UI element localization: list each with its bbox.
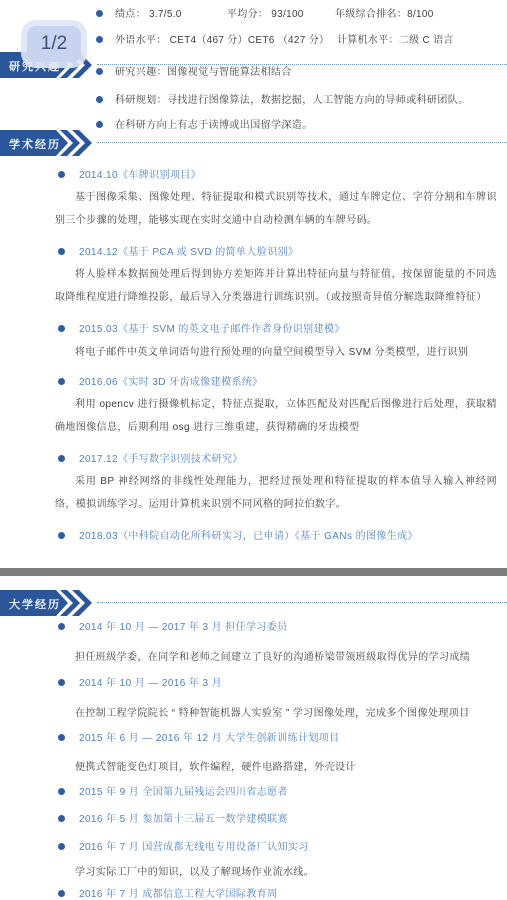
- entry-body: 在控制工程学院院长 “ 特种智能机器人实验室 ” 学习图像处理，完成多个图像处理…: [55, 702, 497, 725]
- entry-heading: 2014 年 10 月 — 2016 年 3 月: [79, 674, 222, 689]
- entry-heading: 2016 年 5 月 参加第十三届五一数学建模联赛: [79, 810, 288, 825]
- entry-heading-row: 2014.12《基于 PCA 或 SVD 的简单人脸识别》: [0, 243, 497, 261]
- bullet-icon: [58, 623, 65, 630]
- bullet-icon: [58, 843, 65, 850]
- bullet-icon: [58, 378, 65, 385]
- page-indicator-text: 1/2: [41, 33, 67, 55]
- entry-heading: 2018.03（中科院自动化所科研实习，已申请）《基于 GANs 的图像生成》: [79, 527, 418, 542]
- entry-heading: 2016 年 7 月 成都信息工程大学国际教育周: [79, 885, 278, 900]
- section-title-academic: 学术经历: [9, 136, 61, 152]
- language-level-text: 外语水平： CET4（467 分）CET6 （427 分）: [115, 31, 329, 46]
- bullet-icon: [96, 68, 103, 75]
- list-item: 研究兴趣：图像视觉与智能算法相结合: [0, 63, 497, 81]
- entry-heading: 2015 年 9 月 全国第九届残运会四川省志愿者: [79, 783, 288, 798]
- research-item-text: 科研规划：寻找进行图像算法，数据挖掘，人工智能方向的导师或科研团队。: [115, 91, 469, 106]
- entry-heading: 2015.03《基于 SVM 的英文电子邮件作者身份识别建模》: [79, 320, 345, 335]
- page-separator: [0, 568, 507, 576]
- bullet-icon: [58, 248, 65, 255]
- entry-heading-row: 2015 年 6 月 — 2016 年 12 月 大学生创新训练计划项目: [0, 729, 497, 747]
- entry-body: 学习实际工厂中的知识，以及了解现场作业流水线。: [55, 861, 497, 884]
- entry-heading-row: 2018.03（中科院自动化所科研实习，已申请）《基于 GANs 的图像生成》: [0, 527, 497, 545]
- entry-body: 利用 opencv 进行摄像机标定，特征点提取，立体匹配及对匹配后图像进行后处理…: [55, 393, 497, 439]
- entry-heading: 2017.12《手写数字识别技术研究》: [79, 450, 243, 465]
- research-item-text: 研究兴趣：图像视觉与智能算法相结合: [115, 63, 292, 78]
- entry-heading-row: 2016.06《实时 3D 牙齿成像建模系统》: [0, 373, 497, 391]
- entry-body: 便携式智能变色灯项目，软件编程，硬件电路搭建，外壳设计: [55, 756, 497, 779]
- bullet-icon: [58, 679, 65, 686]
- resume-document-page: 绩点： 3.7/5.0 平均分： 93/100 年级综合排名：8/100 外语水…: [0, 0, 507, 900]
- entry-heading: 2016 年 7 月 国营成都无线电专用设备厂认知实习: [79, 838, 309, 853]
- average-score-text: 平均分： 93/100: [227, 5, 304, 20]
- entry-heading: 2014 年 10 月 — 2017 年 3 月 担任学习委员: [79, 618, 288, 633]
- entry-heading-row: 2016 年 7 月 成都信息工程大学国际教育周: [0, 885, 497, 900]
- entry-heading-row: 2014 年 10 月 — 2016 年 3 月: [0, 674, 497, 692]
- profile-row-scores: 绩点： 3.7/5.0 平均分： 93/100 年级综合排名：8/100: [0, 5, 507, 23]
- bullet-icon: [58, 788, 65, 795]
- dotted-divider: [97, 142, 507, 143]
- bullet-icon: [58, 455, 65, 462]
- bullet-icon: [58, 734, 65, 741]
- entry-heading: 2014.10《车牌识别项目》: [79, 166, 201, 181]
- bullet-icon: [96, 96, 103, 103]
- entry-heading-row: 2017.12《手写数字识别技术研究》: [0, 450, 497, 468]
- dotted-divider: [97, 602, 507, 603]
- section-title-university: 大学经历: [9, 596, 61, 612]
- entry-body: 将电子邮件中英文单词语句进行预处理的向量空间模型导入 SVM 分类模型，进行识别: [55, 341, 497, 364]
- bullet-icon: [96, 121, 103, 128]
- bullet-icon: [96, 10, 103, 17]
- bullet-icon: [58, 890, 65, 897]
- entry-body: 将人脸样本数据预处理后得到协方差矩阵并计算出特征向量与特征值，按保留能量的不同选…: [55, 263, 497, 309]
- gpa-text: 绩点： 3.7/5.0: [115, 5, 182, 20]
- entry-heading: 2014.12《基于 PCA 或 SVD 的简单人脸识别》: [79, 243, 298, 258]
- research-item-text: 在科研方向上有志于读博或出国留学深造。: [115, 116, 313, 131]
- bullet-icon: [58, 171, 65, 178]
- entry-heading-row: 2016 年 7 月 国营成都无线电专用设备厂认知实习: [0, 838, 497, 856]
- bullet-icon: [58, 325, 65, 332]
- entry-heading-row: 2014 年 10 月 — 2017 年 3 月 担任学习委员: [0, 618, 497, 636]
- entry-body: 担任班级学委，在同学和老师之间建立了良好的沟通桥梁带领班级取得优异的学习成绩: [55, 646, 497, 669]
- bullet-icon: [58, 815, 65, 822]
- page-indicator-badge[interactable]: 1/2: [27, 26, 81, 62]
- entry-heading-row: 2014.10《车牌识别项目》: [0, 166, 497, 184]
- list-item: 科研规划：寻找进行图像算法，数据挖掘，人工智能方向的导师或科研团队。: [0, 91, 497, 109]
- bullet-icon: [58, 532, 65, 539]
- entry-heading-row: 2015 年 9 月 全国第九届残运会四川省志愿者: [0, 783, 497, 801]
- entry-heading-row: 2016 年 5 月 参加第十三届五一数学建模联赛: [0, 810, 497, 828]
- entry-body: 采用 BP 神经网络的非线性处理能力，把经过预处理和特征提取的样本值导入输入神经…: [55, 470, 497, 516]
- entry-heading-row: 2015.03《基于 SVM 的英文电子邮件作者身份识别建模》: [0, 320, 497, 338]
- bullet-icon: [96, 36, 103, 43]
- computer-level-text: 计算机水平：二级 C 语言: [337, 31, 454, 46]
- section-banner-academic: 学术经历: [0, 130, 507, 156]
- entry-body: 基于图像采集、图像处理、特征提取和模式识别等技术，通过车牌定位、字符分割和车牌识…: [55, 186, 497, 232]
- entry-heading: 2015 年 6 月 — 2016 年 12 月 大学生创新训练计划项目: [79, 729, 340, 744]
- section-banner-university: 大学经历: [0, 590, 507, 616]
- entry-heading: 2016.06《实时 3D 牙齿成像建模系统》: [79, 373, 263, 388]
- rank-text: 年级综合排名：8/100: [335, 5, 434, 20]
